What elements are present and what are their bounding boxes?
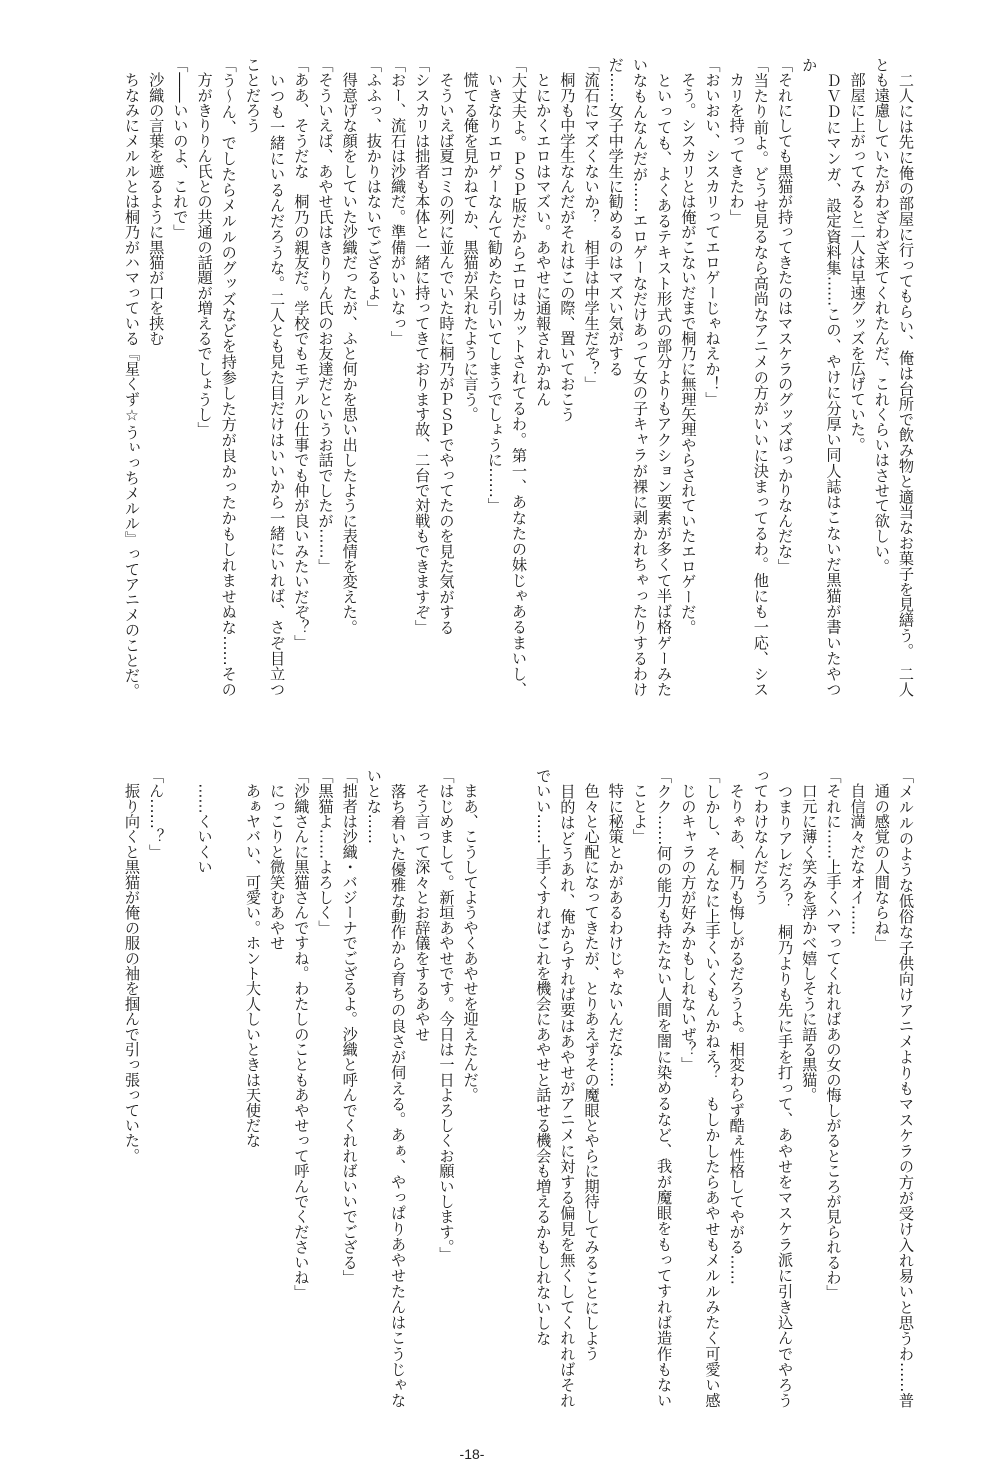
text-column: 「シスカリは拙者も本体と一緒に持ってきております故、二台で対戦もできますぞ」: [410, 57, 434, 697]
page-number: -18-: [452, 1446, 492, 1462]
text-column: 「大丈夫よ。ＰＳＰ版だからエロはカットされてるわ。第一、あなたの妹じゃあるまいし…: [507, 57, 531, 697]
text-column: 得意げな顔をしていた沙織だったが、ふと何かを思い出したように表情を変えた。: [338, 57, 362, 697]
text-column: じのキャラの方が好みかもしれないぜ？」: [676, 768, 700, 1408]
text-column: 「ふふっ、抜かりはないでござるよ」: [362, 57, 386, 697]
blank-column: [483, 768, 507, 1408]
text-column: そういえば夏コミの列に並んでいた時に桐乃がＰＳＰでやってたのを見た気がする: [434, 57, 458, 697]
text-column: 「黒猫よ……よろしく」: [313, 768, 337, 1408]
text-column: ってわけなんだろう: [749, 768, 773, 1408]
text-column: 特に秘策とかがあるわけじゃないんだな……: [604, 768, 628, 1408]
text-column: 「当たり前よ。どうせ見るなら高尚なアニメの方がいいに決まってるわ。他にも一応、シ…: [749, 57, 773, 697]
text-column: そりゃあ、桐乃も悔しがるだろうよ。相変わらず酷ぇ性格してやがる……: [725, 768, 749, 1408]
blank-column: [168, 768, 192, 1408]
text-column: 目的はどうあれ、俺からすれば要はあやせがアニメに対する偏見を無くしてくれればそれ: [555, 768, 579, 1408]
text-column: ことだろう: [241, 57, 265, 697]
text-column: 「おいおい、シスカリってエロゲーじゃねえか！」: [700, 57, 724, 697]
text-column: いきなりエロゲーなんて勧めたら引いてしまうでしょうに……」: [483, 57, 507, 697]
text-column: そう言って深々とお辞儀をするあやせ: [410, 768, 434, 1408]
text-column: 「クク……何の能力も持たない人間を闇に染めるなど、我が魔眼をもってすれば造作もな…: [652, 768, 676, 1408]
text-column: 口元に薄く笑みを浮かべ嬉しそうに語る黒猫。: [797, 768, 821, 1408]
text-column: いつも一緒にいるんだろうな。二人とも見た目だけはいいから一緒にいれば、さぞ目立つ: [265, 57, 289, 697]
text-column: 桐乃も中学生なんだがそれはこの際、置いておこう: [555, 57, 579, 697]
text-column: 部屋に上がってみると二人は早速グッズを広げていた。: [845, 57, 869, 697]
text-column: あぁヤバい、可愛い。ホント大人しいときは天使だな: [241, 768, 265, 1408]
text-column: 「おー、流石は沙織だ。準備がいいなっ」: [386, 57, 410, 697]
text-column: 「拙者は沙織・バジーナでござるよ。沙織と呼んでくれればいいでござる」: [338, 768, 362, 1408]
text-column: 落ち着いた優雅な動作から育ちの良さが伺える。あぁ、やっぱりあやせたんはこうじゃな: [386, 768, 410, 1408]
text-column: つまりアレだろ？ 桐乃よりも先に手を打って、あやせをマスケラ派に引き込んでやろう: [773, 768, 797, 1408]
text-column: ちなみにメルルとは桐乃がハマっている『星くず☆うぃっちメルル』ってアニメのことだ…: [120, 57, 144, 697]
text-column: 沙織の言葉を遮るように黒猫が口を挟む: [144, 57, 168, 697]
blank-column: [217, 768, 241, 1408]
text-column: 方がきりりん氏との共通の話題が増えるでしょうし」: [192, 57, 216, 697]
text-column: 「ん……？」: [144, 768, 168, 1408]
text-column: 「メルルのような低俗な子供向けアニメよりもマスケラの方が受け入れ易いと思うわ………: [894, 768, 918, 1408]
text-column: 二人には先に俺の部屋に行ってもらい、俺は台所で飲み物と適当なお菓子を見繕う。 二…: [894, 57, 918, 697]
text-column: いとな……: [362, 768, 386, 1408]
document-page: 二人には先に俺の部屋に行ってもらい、俺は台所で飲み物と適当なお菓子を見繕う。 二…: [0, 0, 1000, 1483]
text-column: 「う～ん、でしたらメルルのグッズなどを持参した方が良かったかもしれませぬな……そ…: [217, 57, 241, 697]
text-column: 「それにしても黒猫が持ってきたのはマスケラのグッズばっかりなんだな」: [773, 57, 797, 697]
top-text-block: 二人には先に俺の部屋に行ってもらい、俺は台所で飲み物と適当なお菓子を見繕う。 二…: [119, 57, 918, 697]
text-column: まあ、こうしてようやくあやせを迎えたんだ。: [458, 768, 482, 1408]
text-column: 「それに……上手くハマってくれればあの女の悔しがるところが見られるわ」: [821, 768, 845, 1408]
text-column: 「そういえば、あやせ氏はきりりん氏のお友達だというお話でしたが……」: [313, 57, 337, 697]
text-column: とにかくエロはマズい。あやせに通報されかねん: [531, 57, 555, 697]
text-column: 自信満々だなオイ……: [845, 768, 869, 1408]
text-column: でいい……上手くすればこれを機会にあやせと話せる機会も増えるかもしれないしな: [531, 768, 555, 1408]
text-column: そう。シスカリとは俺がこないだまで桐乃に無理矢理やらされていたエロゲーだ。: [676, 57, 700, 697]
blank-column: [507, 768, 531, 1408]
text-column: 「――いいのよ、これで」: [168, 57, 192, 697]
text-column: 慌てる俺を見かねてか、黒猫が呆れたように言う。: [458, 57, 482, 697]
text-column: ……くいくい: [192, 768, 216, 1408]
text-column: 通の感覚の人間ならね」: [870, 768, 894, 1408]
text-column: ＤＶＤにマンガ、設定資料集……この、やけに分厚い同人誌はこないだ黒猫が書いたやつ: [821, 57, 845, 697]
text-column: だ……女子中学生に勧めるのはマズい気がする: [604, 57, 628, 697]
text-column: 「はじめまして。新垣あやせです。今日は一日よろしくお願いします。」: [434, 768, 458, 1408]
bottom-text-block: 「メルルのような低俗な子供向けアニメよりもマスケラの方が受け入れ易いと思うわ………: [119, 768, 918, 1408]
text-column: といっても、よくあるテキスト形式の部分よりもアクション要素が多くて半ば格ゲーみた: [652, 57, 676, 697]
text-column: いなもんなんだが……エロゲーなだけあって女の子キャラが裸に剥かれちゃったりするわ…: [628, 57, 652, 697]
text-column: とも遠慮していたがわざわざ来てくれたんだ、これくらいはさせて欲しい。: [870, 57, 894, 697]
text-column: 「流石にマズくないか？ 相手は中学生だぞ？」: [579, 57, 603, 697]
text-column: にっこりと微笑むあやせ: [265, 768, 289, 1408]
text-column: 振り向くと黒猫が俺の服の袖を掴んで引っ張っていた。: [120, 768, 144, 1408]
text-column: 「ああ、そうだな 桐乃の親友だ。学校でもモデルの仕事でも仲が良いみたいだぞ？」: [289, 57, 313, 697]
text-column: 「沙織さんに黒猫さんですね。わたしのこともあやせって呼んでくださいね」: [289, 768, 313, 1408]
text-column: か: [797, 57, 821, 697]
text-column: カリを持ってきたわ」: [725, 57, 749, 697]
text-column: ことよ」: [628, 768, 652, 1408]
text-column: 色々と心配になってきたが、とりあえずその魔眼とやらに期待してみることにしよう: [579, 768, 603, 1408]
text-column: 「しかし、そんなに上手くいくもんかねえ？ もしかしたらあやせもメルルみたく可愛い…: [700, 768, 724, 1408]
